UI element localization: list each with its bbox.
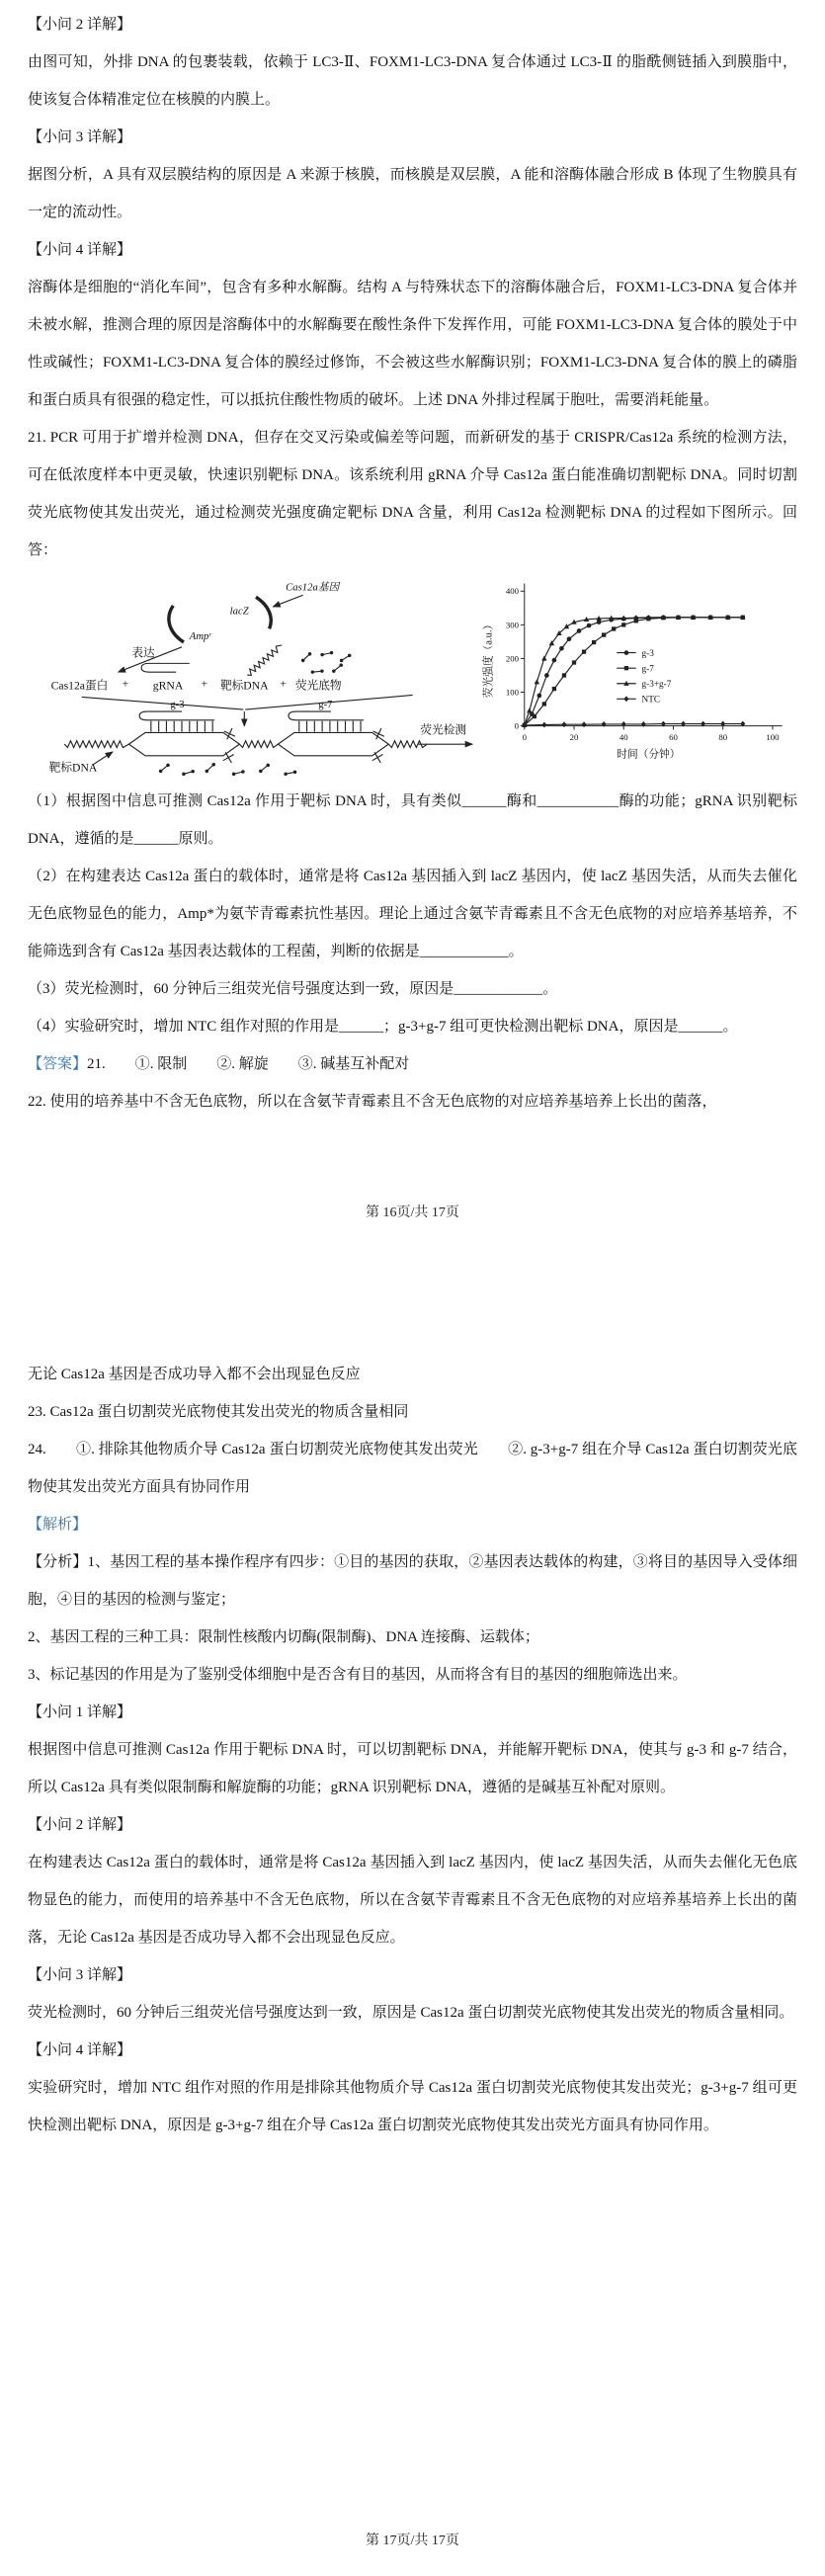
svg-text:g-3: g-3 <box>641 648 654 658</box>
substrate-label: 荧光底物 <box>295 679 342 693</box>
exam-answer-document: 【小问 2 详解】 由图可知，外排 DNA 的包裹装载，依赖于 LC3-Ⅱ、FO… <box>0 0 825 2576</box>
question-21-sub4: （4）实验研究时，增加 NTC 组作对照的作用是______；g-3+g-7 组… <box>28 1008 797 1045</box>
detail-body-q4: 溶酶体是细胞的“消化车间”，包含有多种水解酶。结构 A 与特殊状态下的溶酶体融合… <box>28 269 797 419</box>
detail-heading-sub3: 【小问 3 详解】 <box>28 1956 797 1994</box>
svg-text:100: 100 <box>766 732 780 742</box>
cas12a-gene-label: Cas12a基因 <box>286 581 341 593</box>
g7-basepairing-teeth <box>299 721 361 732</box>
svg-text:g-3+g-7: g-3+g-7 <box>641 679 671 689</box>
cleaved-substrate-icons <box>157 762 296 778</box>
reaction-components: Cas12a蛋白 + gRNA + 靶标DNA + 荧光底物 <box>51 645 353 693</box>
target-dna-arrow <box>93 752 112 765</box>
answer-text-24: 24. ①. 排除其他物质介导 Cas12a 蛋白切割荧光底物使其发出荧光 ②.… <box>28 1431 797 1506</box>
detail-heading-sub4: 【小问 4 详解】 <box>28 2032 797 2069</box>
g7-grna-hook <box>289 711 364 720</box>
svg-text:NTC: NTC <box>641 695 659 705</box>
scissors-icon <box>221 727 235 740</box>
answer-label: 【答案】 <box>28 1056 87 1072</box>
svg-text:荧光强度（a.u.）: 荧光强度（a.u.） <box>481 620 494 699</box>
detail-heading-q3: 【小问 3 详解】 <box>28 119 797 156</box>
svg-text:40: 40 <box>619 732 628 742</box>
lacz-gene-label: lacZ <box>230 606 250 618</box>
detail-body-sub4: 实验研究时，增加 NTC 组作对照的作用是排除其他物质介导 Cas12a 蛋白切… <box>28 2069 797 2144</box>
detail-heading-q4: 【小问 4 详解】 <box>28 231 797 269</box>
question-21-sub3: （3）荧光检测时，60 分钟后三组荧光信号强度达到一致，原因是_________… <box>28 970 797 1008</box>
page-footer-17: 第 17页/共 17页 <box>0 2530 825 2549</box>
detail-heading-q2: 【小问 2 详解】 <box>28 6 797 43</box>
svg-text:g-7: g-7 <box>641 664 654 674</box>
svg-text:0: 0 <box>522 732 527 742</box>
amp-gene-label: Ampʳ <box>189 630 212 642</box>
svg-text:0: 0 <box>514 720 519 730</box>
page-17-content: 无论 Cas12a 基因是否成功导入都不会出现显色反应 23. Cas12a 蛋… <box>0 1356 825 2144</box>
g3-basepairing-teeth <box>151 721 212 732</box>
dna-bubble-1 <box>128 732 239 755</box>
answer-text-22: 22. 使用的培养基中不含无色底物，所以在含氨苄青霉素且不含无色底物的对应培养基… <box>28 1083 797 1121</box>
detail-body-sub1: 根据图中信息可推测 Cas12a 作用于靶标 DNA 时，可以切割靶标 DNA，… <box>28 1731 797 1806</box>
target-dna-label: 靶标DNA <box>220 679 269 693</box>
gather-bracket <box>82 695 413 709</box>
target-dna-coil-icon <box>247 645 282 675</box>
detail-heading-sub1: 【小问 1 详解】 <box>28 1694 797 1731</box>
cas12a-protein-label: Cas12a蛋白 <box>51 680 109 693</box>
dna-bubble-2 <box>278 732 388 755</box>
analysis-point-1: 【分析】1、基因工程的基本操作程序有四步：①目的基因的获取，②基因表达载体的构建… <box>28 1543 797 1619</box>
question-21-stem: 21. PCR 可用于扩增并检测 DNA，但存在交叉污染或偏差等问题，而新研发的… <box>28 419 797 569</box>
question-21-sub2: （2）在构建表达 Cas12a 蛋白的载体时，通常是将 Cas12a 基因插入到… <box>28 858 797 970</box>
plus-sign: + <box>201 678 207 691</box>
plus-sign: + <box>280 678 287 691</box>
g3-grna-hook <box>139 711 214 720</box>
plasmid-vector: lacZ Ampʳ <box>169 587 271 652</box>
expression-label: 表达 <box>131 646 155 660</box>
analysis-point-3: 3、标记基因的作用是为了鉴别受体细胞中是否含有目的基因，从而将含有目的基因的细胞… <box>28 1656 797 1694</box>
svg-text:80: 80 <box>718 732 727 742</box>
cas12a-process-diagram: lacZ Ampʳ Cas12a基因 表达 Cas12a蛋白 + gRNA + … <box>38 573 480 781</box>
svg-text:400: 400 <box>506 586 520 596</box>
grna-icon <box>141 663 190 672</box>
svg-text:时间（分钟）: 时间（分钟） <box>617 748 680 761</box>
detail-heading-sub2: 【小问 2 详解】 <box>28 1806 797 1844</box>
detail-body-sub2: 在构建表达 Cas12a 蛋白的载体时，通常是将 Cas12a 基因插入到 la… <box>28 1844 797 1956</box>
svg-text:100: 100 <box>506 687 520 697</box>
fluorescence-chart: 0100200300400020406080100时间（分钟）荧光强度（a.u.… <box>480 573 797 776</box>
answer-text-21: 21. ①. 限制 ②. 解旋 ③. 碱基互补配对 <box>87 1056 409 1072</box>
fluorescence-detect-label: 荧光检测 <box>420 722 466 736</box>
analysis-section-label: 【解析】 <box>28 1506 797 1543</box>
question-21-figure: lacZ Ampʳ Cas12a基因 表达 Cas12a蛋白 + gRNA + … <box>38 573 797 781</box>
g3-label: g-3 <box>170 699 184 710</box>
gene-insert-arrow <box>273 595 302 607</box>
page-16-content: 【小问 2 详解】 由图可知，外排 DNA 的包裹装载，依赖于 LC3-Ⅱ、FO… <box>0 0 825 1121</box>
detail-body-q2: 由图可知，外排 DNA 的包裹装载，依赖于 LC3-Ⅱ、FOXM1-LC3-DN… <box>28 43 797 119</box>
grna-label: gRNA <box>153 680 184 693</box>
answer-text-23: 23. Cas12a 蛋白切割荧光底物使其发出荧光的物质含量相同 <box>28 1393 797 1431</box>
page-footer-16: 第 16页/共 17页 <box>0 1202 825 1221</box>
fluorescent-substrate-icons <box>299 649 352 677</box>
cleavage-schematic: g-3 g-7 靶标DNA <box>49 699 428 778</box>
detail-body-q3: 据图分析，A 具有双层膜结构的原因是 A 来源于核膜，而核膜是双层膜，A 能和溶… <box>28 156 797 231</box>
detail-body-sub3: 荧光检测时，60 分钟后三组荧光信号强度达到一致，原因是 Cas12a 蛋白切割… <box>28 1994 797 2032</box>
svg-text:20: 20 <box>569 732 578 742</box>
plus-sign: + <box>123 678 129 691</box>
question-21-sub1: （1）根据图中信息可推测 Cas12a 作用于靶标 DNA 时，具有类似____… <box>28 783 797 858</box>
target-dna-callout: 靶标DNA <box>49 760 98 774</box>
svg-text:60: 60 <box>669 732 678 742</box>
analysis-point-2: 2、基因工程的三种工具：限制性核酸内切酶(限制酶)、DNA 连接酶、运载体； <box>28 1619 797 1656</box>
svg-text:300: 300 <box>506 620 520 629</box>
svg-text:200: 200 <box>506 653 520 663</box>
answer-line: 【答案】21. ①. 限制 ②. 解旋 ③. 碱基互补配对 <box>28 1045 797 1083</box>
answer-text-22-continued: 无论 Cas12a 基因是否成功导入都不会出现显色反应 <box>28 1356 797 1393</box>
scissors-icon <box>371 727 384 740</box>
g7-label: g-7 <box>318 699 333 710</box>
